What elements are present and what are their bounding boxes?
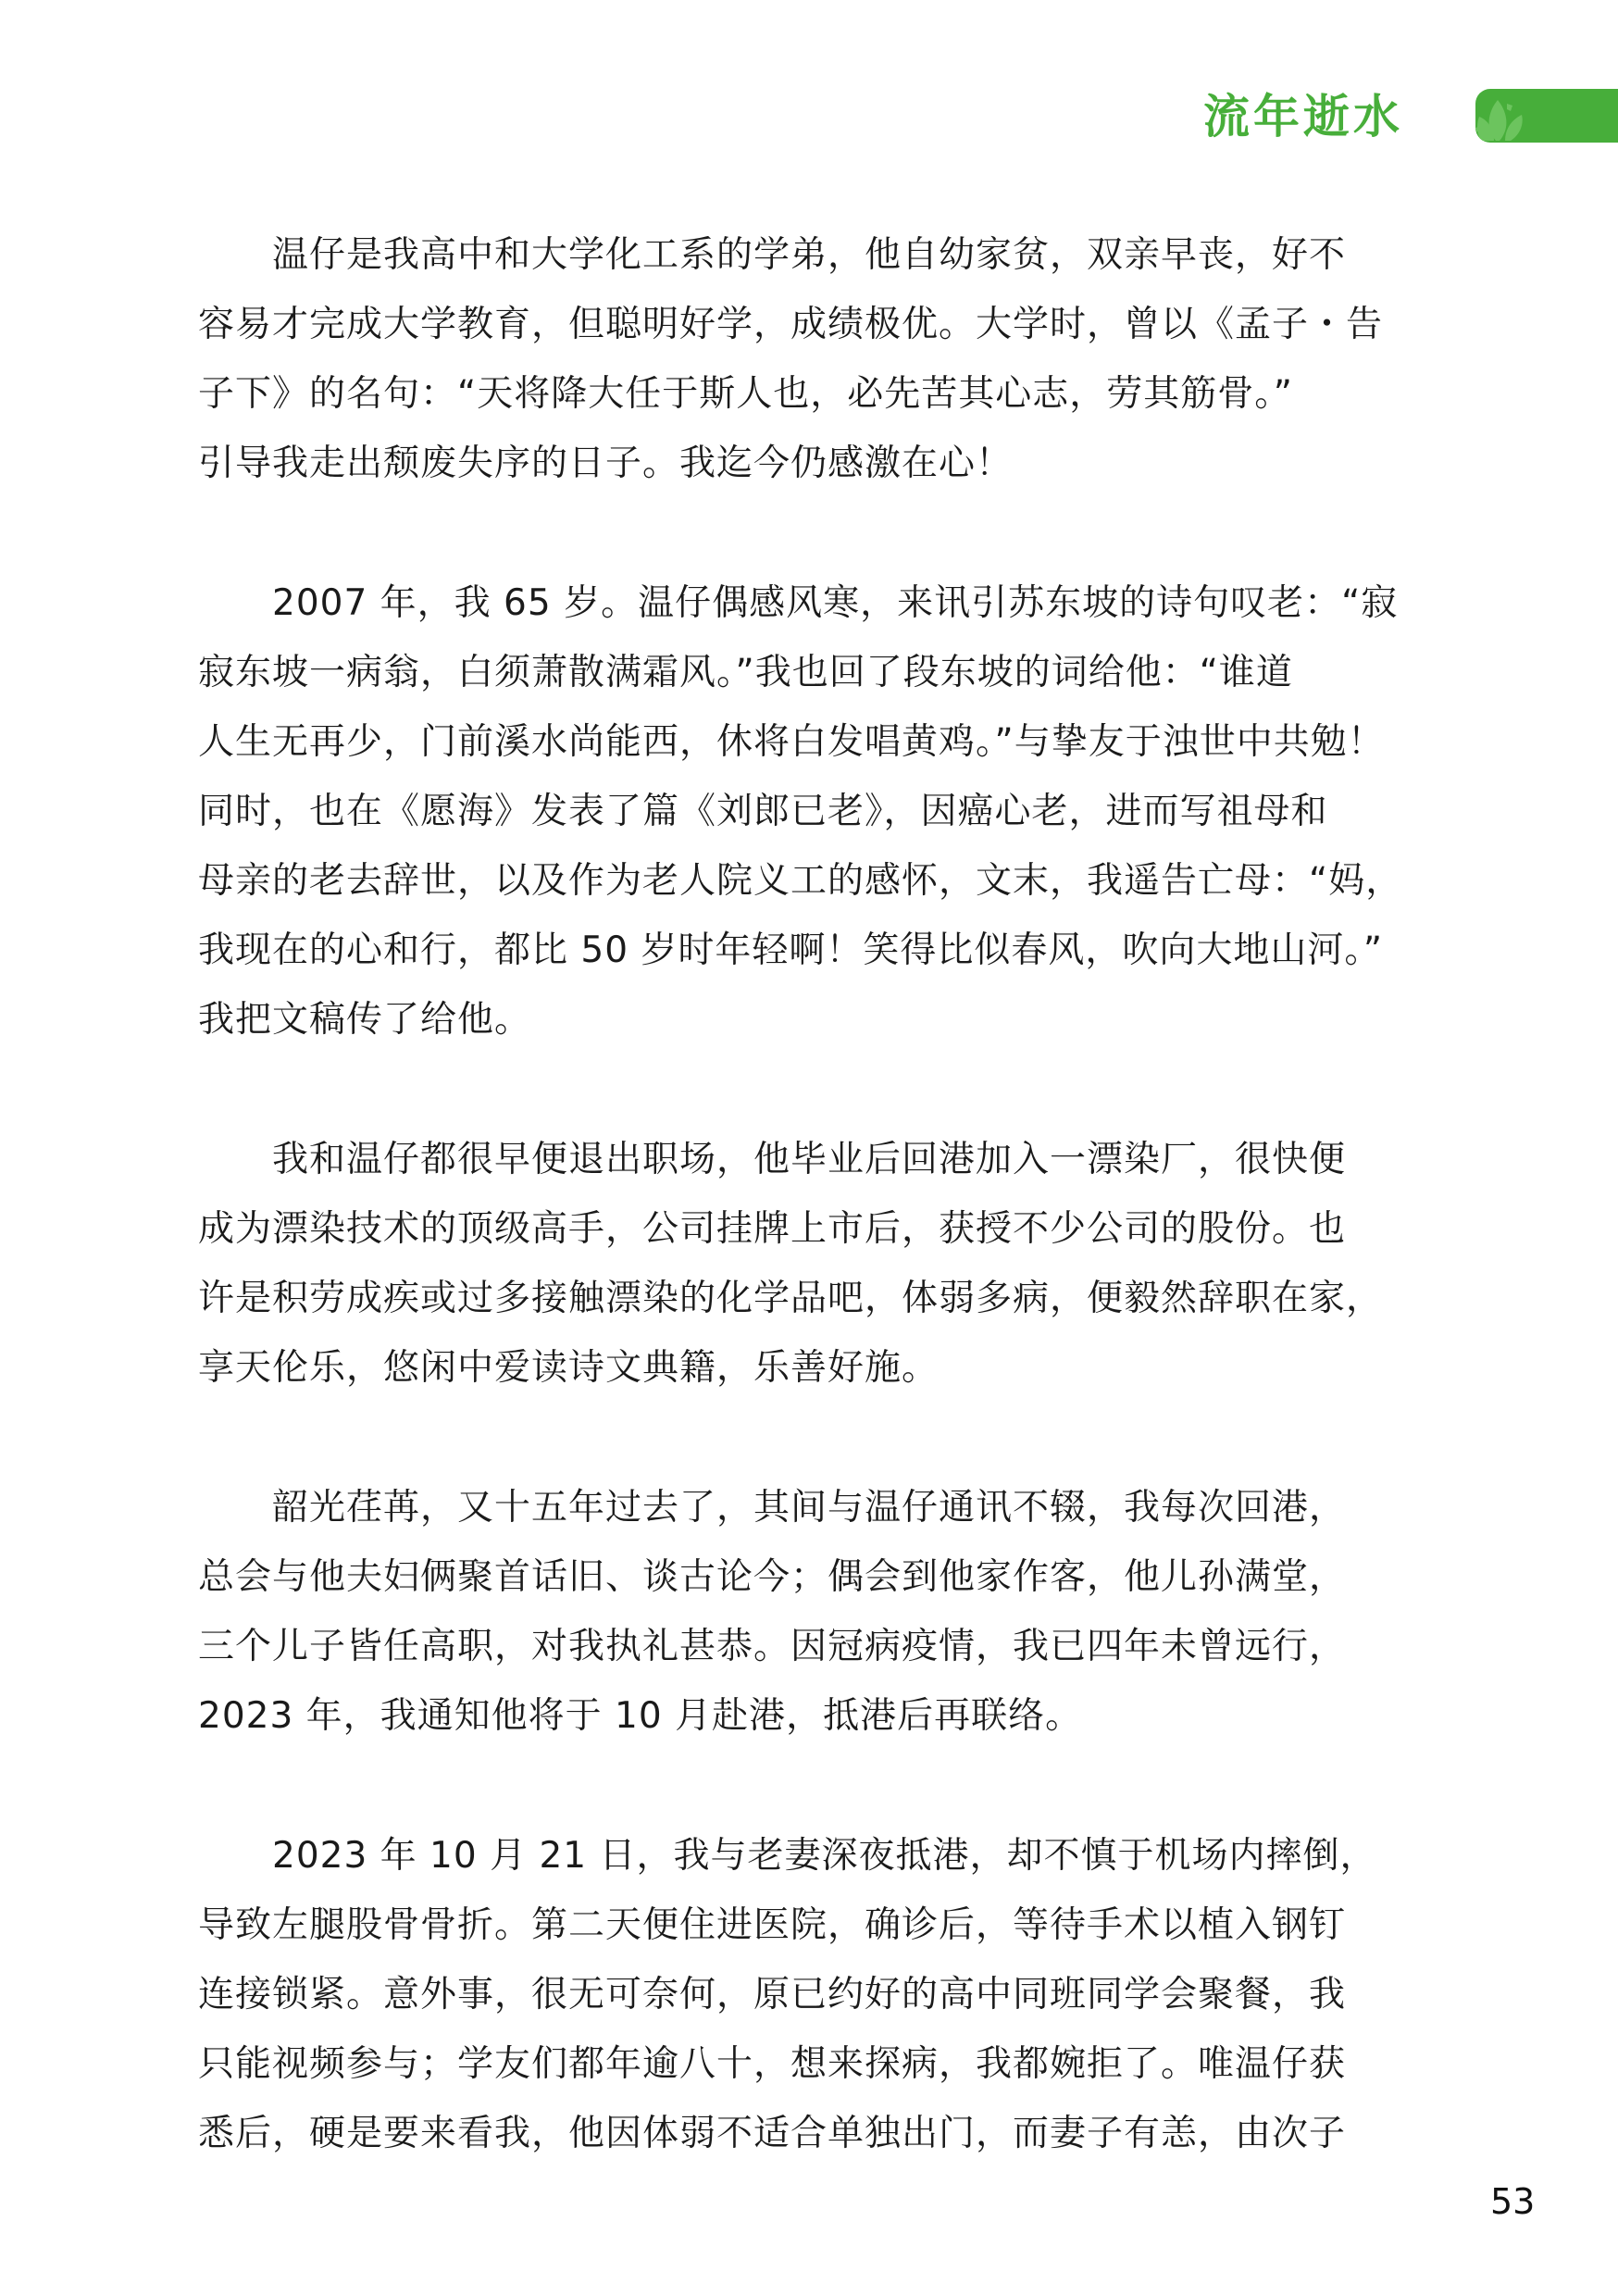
page-number: 53 [1490, 2181, 1535, 2222]
text-line: 三个儿子皆任高职，对我执礼甚恭。因冠病疫情，我已四年未曾远行， [198, 1612, 1420, 1681]
text-line: 连接锁紧。意外事，很无可奈何，原已约好的高中同班同学会聚餐，我 [198, 1960, 1420, 2029]
text-line: 寂东坡一病翁，白须萧散满霜风。”我也回了段东坡的词给他：“谁道 [198, 638, 1420, 707]
text-line: 同时，也在《愿海》发表了篇《刘郎已老》，因癌心老，进而写祖母和 [198, 777, 1420, 846]
text-line: 我现在的心和行，都比 50 岁时年轻啊！笑得比似春风，吹向大地山河。” [198, 916, 1420, 985]
text-line: 我把文稿传了给他。 [198, 985, 1420, 1054]
text-line: 享天伦乐，悠闲中爱读诗文典籍，乐善好施。 [198, 1333, 1420, 1403]
section-title: 流年逝水 [1203, 89, 1403, 144]
text-line: 2023 年，我通知他将于 10 月赴港，抵港后再联络。 [198, 1681, 1420, 1751]
paragraph-4: 韶光荏苒，又十五年过去了，其间与温仔通讯不辍，我每次回港， 总会与他夫妇俩聚首话… [198, 1473, 1420, 1751]
text-line: 我和温仔都很早便退出职场，他毕业后回港加入一漂染厂，很快便 [198, 1125, 1420, 1194]
text-line: 容易才完成大学教育，但聪明好学，成绩极优。大学时，曾以《孟子・告 [198, 290, 1420, 359]
header-accent-bar [1475, 89, 1618, 143]
paragraph-3: 我和温仔都很早便退出职场，他毕业后回港加入一漂染厂，很快便 成为漂染技术的顶级高… [198, 1125, 1420, 1403]
text-line: 人生无再少，门前溪水尚能西，休将白发唱黄鸡。”与挚友于浊世中共勉！ [198, 707, 1420, 777]
text-line: 导致左腿股骨骨折。第二天便住进医院，确诊后，等待手术以植入钢钉 [198, 1890, 1420, 1960]
text-line: 2007 年，我 65 岁。温仔偶感风寒，来讯引苏东坡的诗句叹老：“寂 [198, 568, 1420, 638]
paragraph-5: 2023 年 10 月 21 日，我与老妻深夜抵港，却不慎于机场内摔倒， 导致左… [198, 1821, 1420, 2168]
text-line: 成为漂染技术的顶级高手，公司挂牌上市后，获授不少公司的股份。也 [198, 1194, 1420, 1264]
paragraph-1: 温仔是我高中和大学化工系的学弟，他自幼家贫，双亲早丧，好不 容易才完成大学教育，… [198, 220, 1420, 498]
text-line: 总会与他夫妇俩聚首话旧、谈古论今；偶会到他家作客，他儿孙满堂， [198, 1542, 1420, 1612]
text-line: 母亲的老去辞世，以及作为老人院义工的感怀，文末，我遥告亡母：“妈， [198, 846, 1420, 916]
text-line: 只能视频参与；学友们都年逾八十，想来探病，我都婉拒了。唯温仔获 [198, 2029, 1420, 2099]
text-line: 韶光荏苒，又十五年过去了，其间与温仔通讯不辍，我每次回港， [198, 1473, 1420, 1542]
paragraph-2: 2007 年，我 65 岁。温仔偶感风寒，来讯引苏东坡的诗句叹老：“寂 寂东坡一… [198, 568, 1420, 1054]
text-line: 悉后，硬是要来看我，他因体弱不适合单独出门，而妻子有恙，由次子 [198, 2099, 1420, 2168]
text-line: 许是积劳成疾或过多接触漂染的化学品吧，体弱多病，便毅然辞职在家， [198, 1264, 1420, 1333]
text-line: 温仔是我高中和大学化工系的学弟，他自幼家贫，双亲早丧，好不 [198, 220, 1420, 290]
article-body: 温仔是我高中和大学化工系的学弟，他自幼家贫，双亲早丧，好不 容易才完成大学教育，… [198, 220, 1420, 2239]
text-line: 引导我走出颓废失序的日子。我迄今仍感激在心！ [198, 429, 1420, 498]
text-line: 2023 年 10 月 21 日，我与老妻深夜抵港，却不慎于机场内摔倒， [198, 1821, 1420, 1890]
lotus-icon [1475, 94, 1540, 143]
text-line: 子下》的名句：“天将降大任于斯人也，必先苦其心志，劳其筋骨。” [198, 359, 1420, 429]
